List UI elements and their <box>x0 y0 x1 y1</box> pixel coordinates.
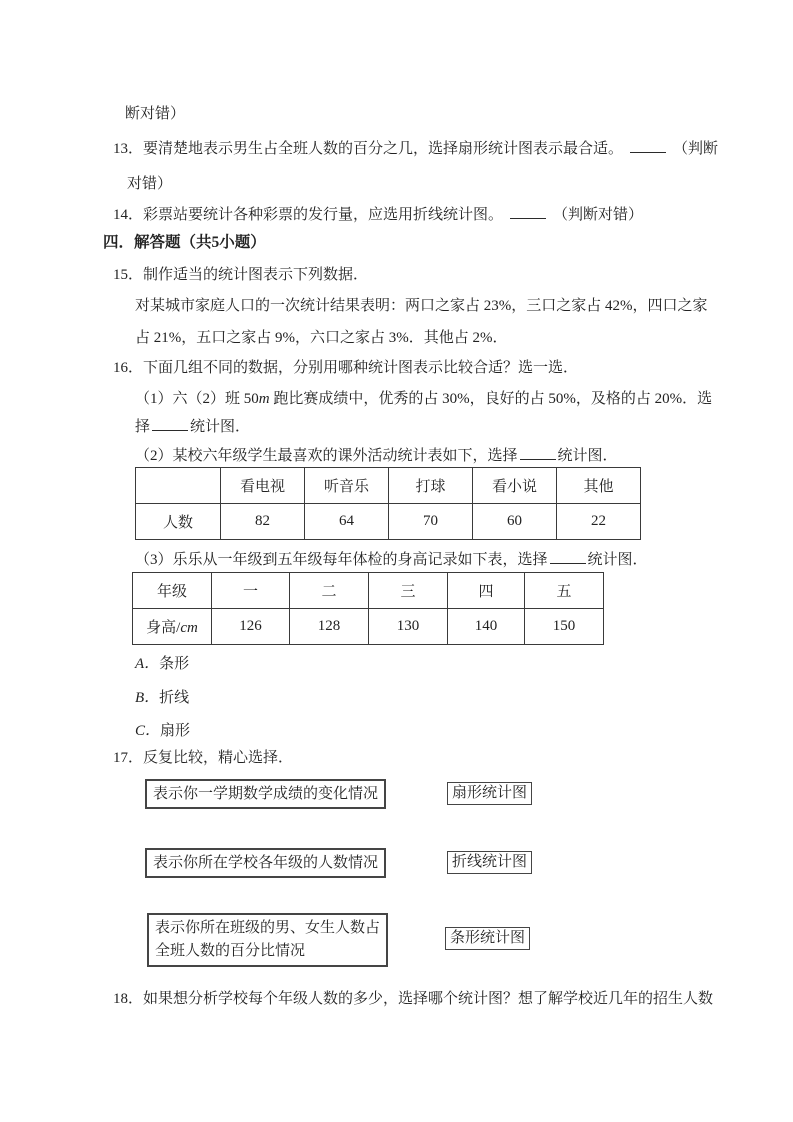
option-b-text: 折线 <box>159 690 189 706</box>
q17-title: 反复比较，精心选择． <box>143 750 293 766</box>
table-cell: 70 <box>389 504 473 540</box>
activity-table-header-row: 看电视 听音乐 打球 看小说 其他 <box>136 468 641 504</box>
table-cell: 22 <box>557 504 641 540</box>
question-18-line: 18．如果想分析学校每个年级人数的多少，选择哪个统计图？想了解学校近几年的招生人… <box>113 990 713 1009</box>
worksheet-page: 断对错） 13．要清楚地表示男生占全班人数的百分之几，选择扇形统计图表示最合适。… <box>0 0 793 1122</box>
option-a-text: 条形 <box>159 656 189 672</box>
chart-type-box-2: 折线统计图 <box>447 851 532 874</box>
match-left-3-line2: 全班人数的百分比情况 <box>155 940 380 963</box>
option-b: B．折线 <box>135 689 189 708</box>
option-c: C．扇形 <box>135 722 190 741</box>
question-14-line: 14．彩票站要统计各种彩票的发行量，应选用折线统计图。（判断对错） <box>113 206 643 225</box>
question-15-body-line2: 占 21%，五口之家占 9%，六口之家占 3%．其他占 2%． <box>135 329 507 348</box>
chart-type-2-text: 折线统计图 <box>452 854 527 870</box>
q15-number: 15． <box>113 267 143 283</box>
table-cell: 82 <box>221 504 305 540</box>
section-4-header: 四．解答题（共5小题） <box>103 233 266 252</box>
q13-text: 要清楚地表示男生占全班人数的百分之几，选择扇形统计图表示最合适。 <box>143 141 623 157</box>
q16-part1-pre: （1）六（2）班 50 <box>135 391 259 407</box>
option-b-label: B． <box>135 690 159 706</box>
table-cell: 126 <box>212 609 290 645</box>
q15-body2-text: 占 21%，五口之家占 9%，六口之家占 3%．其他占 2%． <box>135 330 507 346</box>
match-left-2-text: 表示你所在学校各年级的人数情况 <box>153 855 378 871</box>
question-13-line2: 对错） <box>127 175 172 194</box>
option-a-label: A． <box>135 656 159 672</box>
section-4-header-text: 四．解答题（共5小题） <box>103 234 266 251</box>
table-header-cell: 其他 <box>557 468 641 504</box>
table-header-cell: 五 <box>525 573 604 609</box>
q14-after-blank: （判断对错） <box>553 207 643 223</box>
match-left-box-2: 表示你所在学校各年级的人数情况 <box>145 848 386 878</box>
match-left-box-1: 表示你一学期数学成绩的变化情况 <box>145 779 386 809</box>
match-left-box-3: 表示你所在班级的男、女生人数占 全班人数的百分比情况 <box>147 913 388 967</box>
q13-number: 13． <box>113 141 143 157</box>
question-16-part1-line1: （1）六（2）班 50m 跑比赛成绩中，优秀的占 30%，良好的占 50%，及格… <box>135 390 712 409</box>
table-header-cell: 四 <box>448 573 525 609</box>
q16-title: 下面几组不同的数据，分别用哪种统计图表示比较合适？选一选． <box>143 360 578 376</box>
chart-type-3-text: 条形统计图 <box>450 930 525 946</box>
q13-line2-text: 对错） <box>127 176 172 192</box>
height-table-data-row: 身高/cm 126 128 130 140 150 <box>133 609 604 645</box>
table-header-cell: 一 <box>212 573 290 609</box>
q13-after-blank: （判断 <box>673 141 718 157</box>
option-c-text: 扇形 <box>160 723 190 739</box>
question-15-body-line1: 对某城市家庭人口的一次统计结果表明：两口之家占 23%，三口之家占 42%，四口… <box>135 297 708 316</box>
match-left-1-text: 表示你一学期数学成绩的变化情况 <box>153 786 378 802</box>
q18-number: 18． <box>113 991 143 1007</box>
q16-part1-italic-m: m <box>259 391 270 407</box>
q16-part3-post: 统计图． <box>588 552 648 568</box>
answer-blank <box>550 551 586 564</box>
question-16-title-line: 16．下面几组不同的数据，分别用哪种统计图表示比较合适？选一选． <box>113 359 578 378</box>
table-cell: 128 <box>290 609 369 645</box>
q15-body1-text: 对某城市家庭人口的一次统计结果表明：两口之家占 23%，三口之家占 42%，四口… <box>135 298 708 314</box>
activity-table-data-row: 人数 82 64 70 60 22 <box>136 504 641 540</box>
question-13-line1: 13．要清楚地表示男生占全班人数的百分之几，选择扇形统计图表示最合适。（判断 <box>113 140 718 159</box>
table-header-cell <box>136 468 221 504</box>
q14-number: 14． <box>113 207 143 223</box>
option-c-label: C． <box>135 723 160 739</box>
table-header-cell: 打球 <box>389 468 473 504</box>
question-17-title-line: 17．反复比较，精心选择． <box>113 749 293 768</box>
q12-continuation-line: 断对错） <box>125 105 185 124</box>
height-label-pre: 身高/ <box>146 620 180 636</box>
q16-number: 16． <box>113 360 143 376</box>
question-16-part3-line: （3）乐乐从一年级到五年级每年体检的身高记录如下表，选择统计图． <box>135 551 648 570</box>
q16-part2-post: 统计图． <box>558 448 618 464</box>
answer-blank <box>630 140 666 153</box>
table-cell-height-label: 身高/cm <box>133 609 212 645</box>
chart-type-box-1: 扇形统计图 <box>447 782 532 805</box>
q16-part3-pre: （3）乐乐从一年级到五年级每年体检的身高记录如下表，选择 <box>135 552 548 568</box>
chart-type-1-text: 扇形统计图 <box>452 785 527 801</box>
table-cell: 150 <box>525 609 604 645</box>
table-header-cell: 三 <box>369 573 448 609</box>
q14-text: 彩票站要统计各种彩票的发行量，应选用折线统计图。 <box>143 207 503 223</box>
question-15-title-line: 15．制作适当的统计图表示下列数据． <box>113 266 368 285</box>
q15-title: 制作适当的统计图表示下列数据． <box>143 267 368 283</box>
question-16-part1-line2: 择统计图． <box>135 418 250 437</box>
match-left-3-line1: 表示你所在班级的男、女生人数占 <box>155 917 380 940</box>
q16-part1-line2-post: 统计图． <box>190 419 250 435</box>
table-header-cell: 听音乐 <box>305 468 389 504</box>
q12-continuation-text: 断对错） <box>125 106 185 122</box>
option-a: A．条形 <box>135 655 189 674</box>
table-header-cell: 看电视 <box>221 468 305 504</box>
answer-blank <box>152 418 188 431</box>
q17-number: 17． <box>113 750 143 766</box>
answer-blank <box>520 447 556 460</box>
height-table-header-row: 年级 一 二 三 四 五 <box>133 573 604 609</box>
q16-part2-pre: （2）某校六年级学生最喜欢的课外活动统计表如下，选择 <box>135 448 518 464</box>
q16-part1-line2-pre: 择 <box>135 419 150 435</box>
table-cell: 64 <box>305 504 389 540</box>
table-cell: 60 <box>473 504 557 540</box>
table-header-cell: 二 <box>290 573 369 609</box>
table-cell: 人数 <box>136 504 221 540</box>
table-cell: 130 <box>369 609 448 645</box>
height-table: 年级 一 二 三 四 五 身高/cm 126 128 130 140 150 <box>132 572 604 645</box>
q18-text: 如果想分析学校每个年级人数的多少，选择哪个统计图？想了解学校近几年的招生人数 <box>143 991 713 1007</box>
height-label-unit: cm <box>180 620 198 636</box>
activity-table: 看电视 听音乐 打球 看小说 其他 人数 82 64 70 60 22 <box>135 467 641 540</box>
chart-type-box-3: 条形统计图 <box>445 927 530 950</box>
q16-part1-post: 跑比赛成绩中，优秀的占 30%，良好的占 50%，及格的占 20%．选 <box>270 391 713 407</box>
answer-blank <box>510 206 546 219</box>
table-header-cell: 年级 <box>133 573 212 609</box>
question-16-part2-line: （2）某校六年级学生最喜欢的课外活动统计表如下，选择统计图． <box>135 447 618 466</box>
table-header-cell: 看小说 <box>473 468 557 504</box>
table-cell: 140 <box>448 609 525 645</box>
